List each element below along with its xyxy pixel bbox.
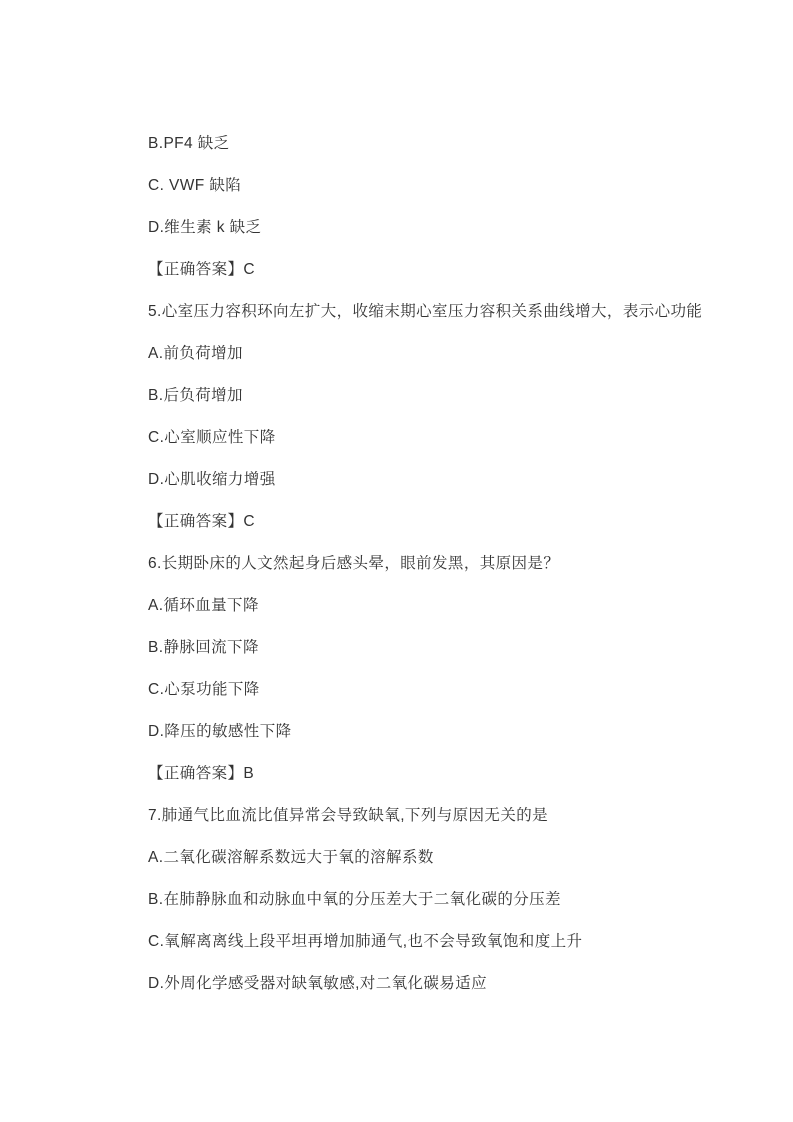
question-option: B.后负荷增加 [148,375,733,417]
question-option: C. VWF 缺陷 [148,165,733,207]
question-stem: 6.长期卧床的人文然起身后感头晕，眼前发黑，其原因是？ [148,543,733,585]
document-page: B.PF4 缺乏 C. VWF 缺陷 D.维生素 k 缺乏 【正确答案】C 5.… [0,0,793,1122]
question-block-5: 5.心室压力容积环向左扩大，收缩末期心室压力容积关系曲线增大，表示心功能 A.前… [148,291,733,543]
question-list: B.PF4 缺乏 C. VWF 缺陷 D.维生素 k 缺乏 【正确答案】C 5.… [148,123,733,1005]
question-block-4-partial: B.PF4 缺乏 C. VWF 缺陷 D.维生素 k 缺乏 【正确答案】C [148,123,733,291]
question-option: C.心室顺应性下降 [148,417,733,459]
question-option: A.循环血量下降 [148,585,733,627]
answer-line: 【正确答案】C [148,249,733,291]
question-option: C.心泵功能下降 [148,669,733,711]
question-option: D.降压的敏感性下降 [148,711,733,753]
question-block-6: 6.长期卧床的人文然起身后感头晕，眼前发黑，其原因是？ A.循环血量下降 B.静… [148,543,733,795]
question-option: B.在肺静脉血和动脉血中氧的分压差大于二氧化碳的分压差 [148,879,733,921]
question-option: C.氧解离离线上段平坦再增加肺通气,也不会导致氧饱和度上升 [148,921,733,963]
question-option: D.维生素 k 缺乏 [148,207,733,249]
question-option: B.PF4 缺乏 [148,123,733,165]
question-option: A.前负荷增加 [148,333,733,375]
question-block-7: 7.肺通气比血流比值异常会导致缺氧,下列与原因无关的是 A.二氧化碳溶解系数远大… [148,795,733,1005]
question-option: A.二氧化碳溶解系数远大于氧的溶解系数 [148,837,733,879]
question-option: B.静脉回流下降 [148,627,733,669]
question-stem: 5.心室压力容积环向左扩大，收缩末期心室压力容积关系曲线增大，表示心功能 [148,291,733,333]
answer-line: 【正确答案】C [148,501,733,543]
question-option: D.外周化学感受器对缺氧敏感,对二氧化碳易适应 [148,963,733,1005]
question-option: D.心肌收缩力增强 [148,459,733,501]
answer-line: 【正确答案】B [148,753,733,795]
question-stem: 7.肺通气比血流比值异常会导致缺氧,下列与原因无关的是 [148,795,733,837]
